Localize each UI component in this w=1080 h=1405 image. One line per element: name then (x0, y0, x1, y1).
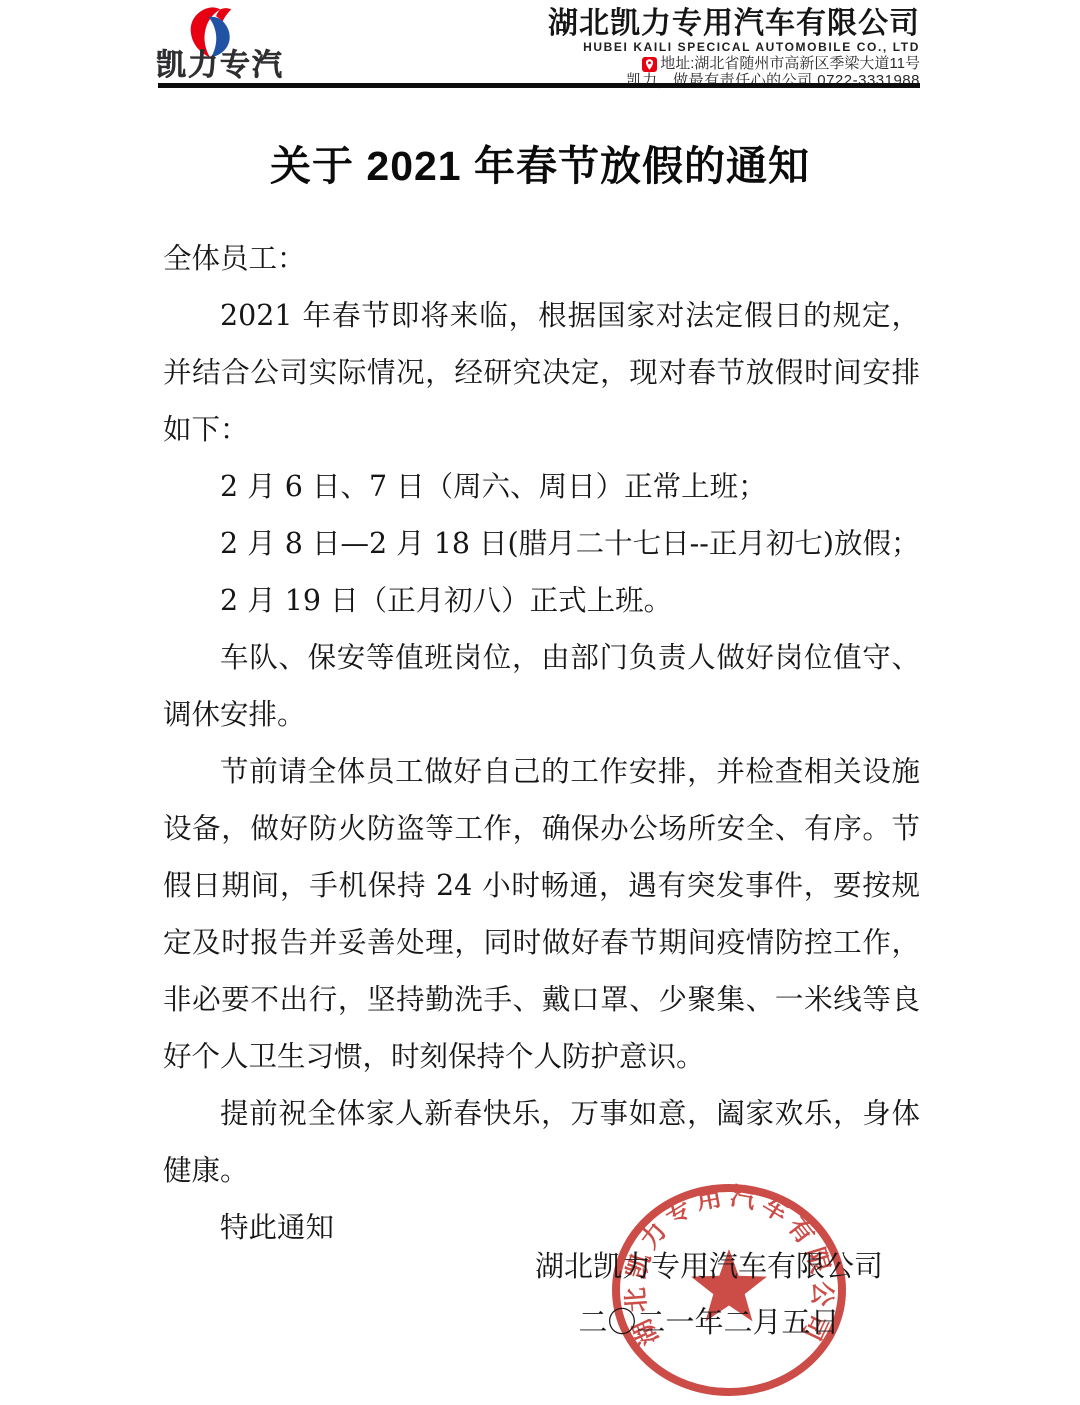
schedule-line-2: 2 月 8 日—2 月 18 日(腊月二十七日--正月初七)放假； (163, 515, 920, 572)
salutation: 全体员工： (163, 230, 920, 287)
signature-date: 二〇二一年二月五日 (520, 1294, 898, 1350)
company-name-cn: 湖北凯力专用汽车有限公司 (548, 8, 920, 40)
paragraph-duty: 车队、保安等值班岗位，由部门负责人做好岗位值守、调休安排。 (163, 629, 920, 743)
logo-wordmark: 凯力专汽 (156, 50, 356, 82)
company-address-line: 地址:湖北省随州市高新区季梁大道11号 (642, 56, 920, 72)
notice-page: 凯力专汽 湖北凯力专用汽车有限公司 HUBEI KAILI SPECICAL A… (0, 0, 1080, 1405)
schedule-line-1: 2 月 6 日、7 日（周六、周日）正常上班； (163, 458, 920, 515)
letterhead-divider (158, 83, 920, 88)
location-pin-icon (642, 57, 657, 72)
company-name-en: HUBEI KAILI SPECICAL AUTOMOBILE CO., LTD (583, 41, 920, 54)
notice-title: 关于 2021 年春节放假的通知 (0, 136, 1080, 196)
signature-company: 湖北凯力专用汽车有限公司 (520, 1238, 898, 1294)
signature-block: 湖北凯力专用汽车有限公司 二〇二一年二月五日 (520, 1238, 898, 1350)
schedule-line-3: 2 月 19 日（正月初八）正式上班。 (163, 572, 920, 629)
company-address-text: 地址:湖北省随州市高新区季梁大道11号 (660, 56, 920, 72)
paragraph-intro: 2021 年春节即将来临，根据国家对法定假日的规定，并结合公司实际情况，经研究决… (163, 287, 920, 458)
paragraph-safety: 节前请全体员工做好自己的工作安排，并检查相关设施设备，做好防火防盗等工作，确保办… (163, 743, 920, 1085)
notice-body: 全体员工： 2021 年春节即将来临，根据国家对法定假日的规定，并结合公司实际情… (163, 230, 920, 1256)
